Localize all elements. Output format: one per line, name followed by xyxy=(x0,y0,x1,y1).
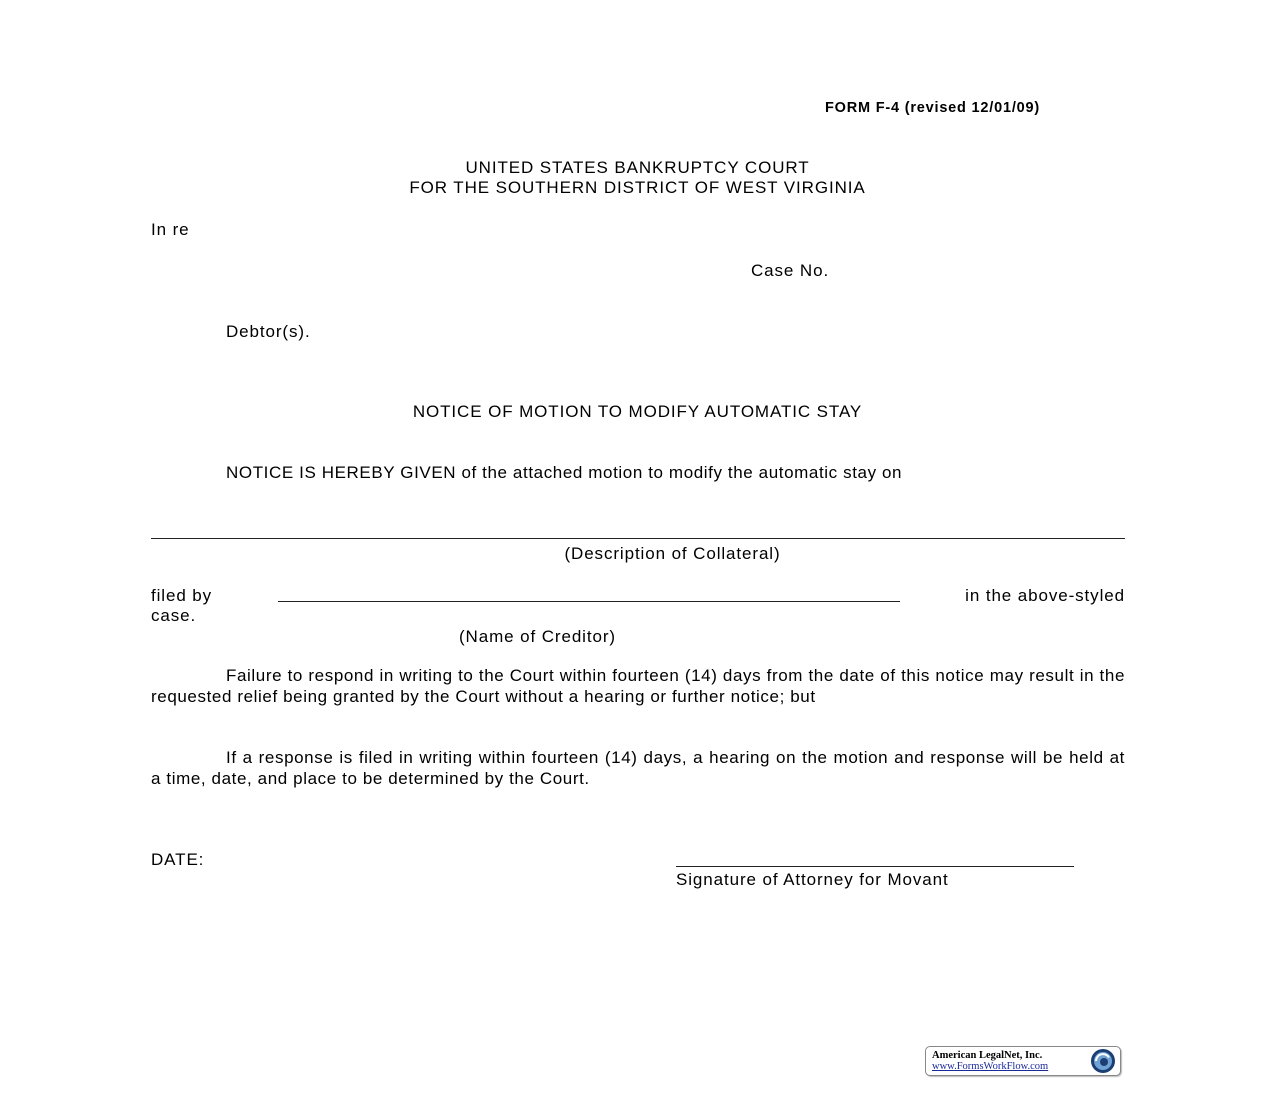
notice-text: NOTICE IS HEREBY GIVEN of the attached m… xyxy=(226,463,902,482)
signature-field-line[interactable] xyxy=(676,866,1074,867)
badge-company: American LegalNet, Inc. xyxy=(932,1050,1042,1061)
in-re-label: In re xyxy=(151,220,190,240)
response-paragraph: If a response is filed in writing within… xyxy=(151,748,1125,789)
response-text: If a response is filed in writing within… xyxy=(151,748,1125,788)
legalnet-badge[interactable]: American LegalNet, Inc. www.FormsWorkFlo… xyxy=(925,1046,1121,1076)
signature-label: Signature of Attorney for Movant xyxy=(676,870,949,890)
filed-by-label: filed by xyxy=(151,586,212,606)
collateral-label: (Description of Collateral) xyxy=(0,544,1275,564)
globe-logo-icon xyxy=(1090,1048,1116,1074)
badge-url-link[interactable]: www.FormsWorkFlow.com xyxy=(932,1061,1048,1072)
creditor-field-line[interactable] xyxy=(278,586,900,602)
case-number-label: Case No. xyxy=(751,261,829,281)
debtor-label: Debtor(s). xyxy=(226,322,311,342)
form-identifier: FORM F-4 (revised 12/01/09) xyxy=(825,100,1040,116)
collateral-field-line[interactable] xyxy=(151,538,1125,539)
creditor-label: (Name of Creditor) xyxy=(459,627,616,647)
date-label: DATE: xyxy=(151,850,204,870)
notice-paragraph: NOTICE IS HEREBY GIVEN of the attached m… xyxy=(151,463,1125,484)
court-district: FOR THE SOUTHERN DISTRICT OF WEST VIRGIN… xyxy=(0,178,1275,198)
document-title: NOTICE OF MOTION TO MODIFY AUTOMATIC STA… xyxy=(0,402,1275,422)
filed-by-row: filed by in the above-styled xyxy=(151,586,1125,606)
failure-text: Failure to respond in writing to the Cou… xyxy=(151,666,1125,706)
case-text: case. xyxy=(151,606,196,626)
filed-suffix: in the above-styled xyxy=(965,586,1125,606)
failure-paragraph: Failure to respond in writing to the Cou… xyxy=(151,666,1125,707)
court-name: UNITED STATES BANKRUPTCY COURT xyxy=(0,158,1275,178)
